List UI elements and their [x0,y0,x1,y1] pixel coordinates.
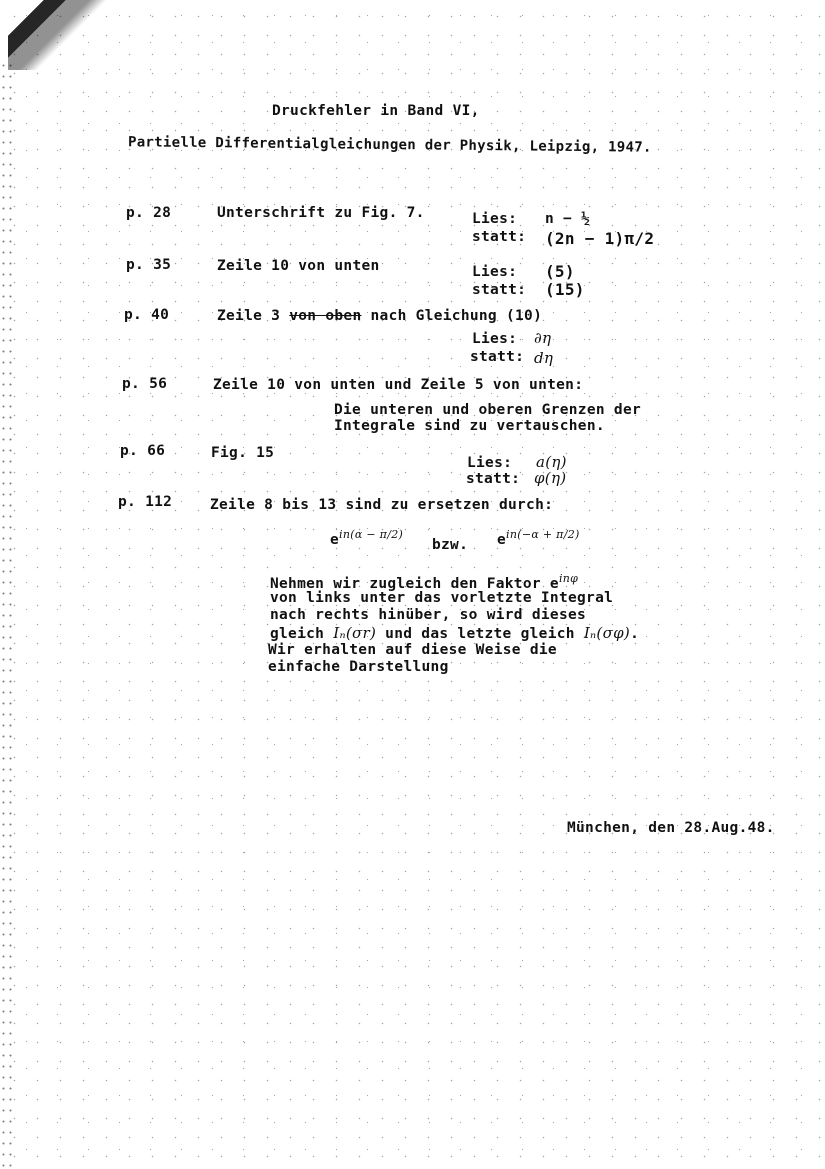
document-subtitle: Partielle Differentialgleichungen der Ph… [128,134,652,155]
formula-exponent: in(α − π/2) [339,528,403,541]
scan-left-edge [0,60,14,1169]
statt-value: (2n − 1)π/2 [545,229,654,248]
signature-line: München, den 28.Aug.48. [567,820,775,836]
location: Unterschrift zu Fig. 7. [217,205,425,221]
paragraph-line: Wir erhalten auf diese Weise die [268,642,557,658]
lies-value: n − ½ [545,211,590,227]
page-ref: p. 28 [126,205,171,221]
paragraph-text: gleich [270,626,333,642]
statt-label: statt: [472,229,526,245]
statt-label: statt: [466,471,520,487]
page-ref: p. 112 [118,494,172,510]
note-line: Integrale sind zu vertauschen. [334,418,605,434]
paragraph-line: Nehmen wir zugleich den Faktor einφ [270,572,578,592]
location: Zeile 8 bis 13 sind zu ersetzen durch: [210,497,553,513]
location: Fig. 15 [211,445,274,461]
location-suffix: nach Gleichung (10) [371,308,543,324]
paragraph-text: und das letzte gleich [376,626,584,642]
formula-right: ein(−α + π/2) [497,528,580,548]
paragraph-line: gleich Iₙ(σr) und das letzte gleich Iₙ(σ… [270,624,639,642]
paragraph-line: von links unter das vorletzte Integral [270,590,613,606]
lies-label: Lies: [472,331,517,347]
note-line: Die unteren und oberen Grenzen der [334,402,641,418]
location: Zeile 3 von oben nach Gleichung (10) [217,308,542,324]
location: Zeile 10 von unten und Zeile 5 von unten… [213,377,583,393]
statt-value: φ(η) [534,469,566,487]
formula-base: e [330,532,339,548]
bessel-term: Iₙ(σr) [333,624,376,642]
lies-label: Lies: [472,264,517,280]
statt-label: statt: [470,349,524,365]
statt-value: dη [534,349,553,367]
lies-label: Lies: [467,455,512,471]
paragraph-line: nach rechts hinüber, so wird dieses [270,607,586,623]
formula-left: ein(α − π/2) [330,528,403,548]
document-title: Druckfehler in Band VI, [272,103,480,119]
paragraph-line: einfache Darstellung [268,659,449,675]
location-struck: von oben [289,308,361,324]
paragraph-text: . [630,626,639,642]
paragraph-exponent: inφ [559,572,578,585]
formula-exponent: in(−α + π/2) [506,528,580,541]
formula-base: e [497,532,506,548]
location: Zeile 10 von unten [217,258,380,274]
bessel-term: Iₙ(σφ) [584,624,630,642]
location-prefix: Zeile 3 [217,308,280,324]
lies-label: Lies: [472,211,517,227]
page-ref: p. 35 [126,257,171,273]
lies-value: (5) [545,262,575,281]
statt-value: (15) [545,280,585,299]
statt-label: statt: [472,282,526,298]
page-ref: p. 56 [122,376,167,392]
formula-separator: bzw. [432,537,468,553]
lies-value: ∂η [534,329,551,347]
scan-corner-shadow [8,0,118,70]
page-ref: p. 40 [124,307,169,323]
page-ref: p. 66 [120,443,165,459]
